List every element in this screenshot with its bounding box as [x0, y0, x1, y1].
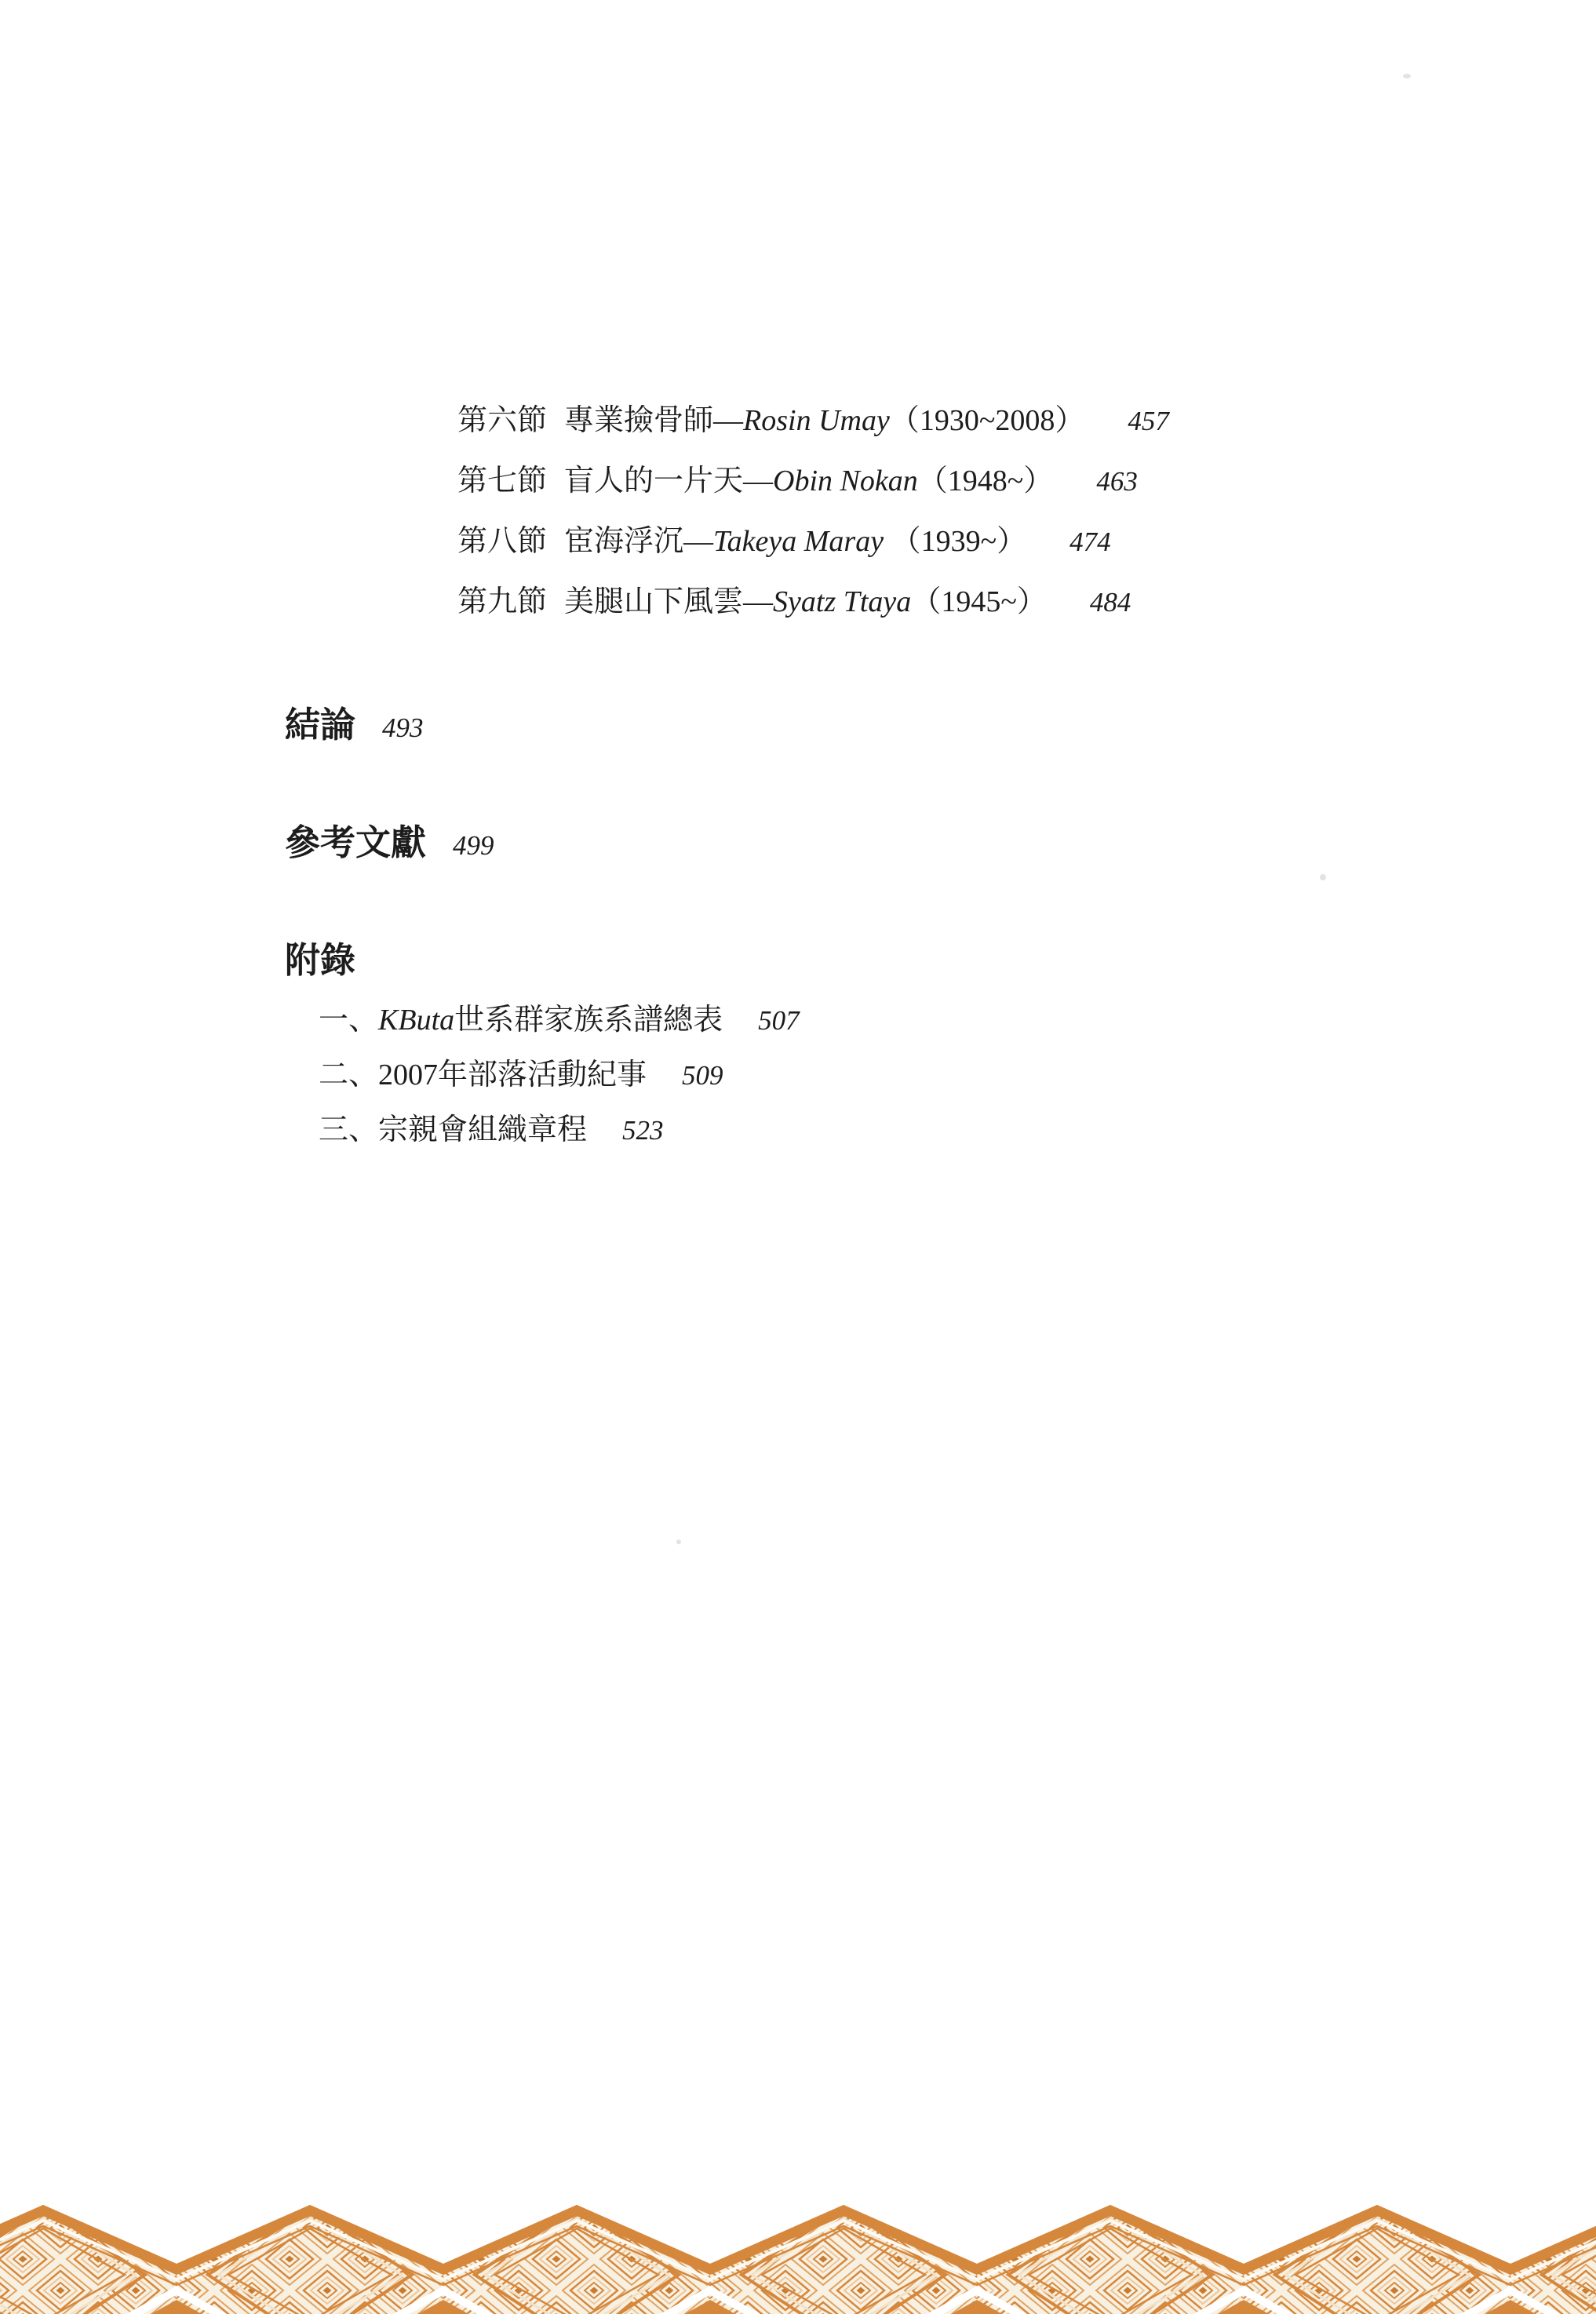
- book-page: 第六節專業撿骨師—Rosin Umay（1930~2008）457 第七節盲人的…: [0, 0, 1596, 2314]
- scan-speck: [676, 1540, 681, 1544]
- item-title: 宗親會組織章程: [378, 1113, 587, 1146]
- scan-speck: [1320, 874, 1326, 880]
- scan-speck: [1403, 74, 1411, 78]
- toc-entry-section-9: 第九節美腿山下風雲—Syatz Ttaya（1945~）484: [428, 548, 1131, 657]
- page-number: 509: [682, 1060, 723, 1091]
- item-prefix: 三、: [319, 1113, 378, 1146]
- page-number: 507: [758, 1005, 800, 1036]
- decorative-border: [0, 2165, 1596, 2314]
- toc-entry-appendix-3: 三、宗親會組織章程523: [289, 1076, 664, 1185]
- section-label: 第九節: [457, 585, 547, 618]
- woven-diamond-border-pattern: [0, 2165, 1596, 2314]
- page-number: 523: [622, 1115, 664, 1146]
- page-number: 499: [453, 830, 494, 861]
- section-years: （1945~）: [911, 585, 1047, 618]
- page-number: 484: [1090, 587, 1131, 618]
- toc-entry-conclusion: 結論493: [250, 664, 424, 789]
- references-label: 參考文獻: [285, 823, 426, 862]
- conclusion-label: 結論: [285, 705, 355, 745]
- section-title: 美腿山下風雲—: [564, 585, 773, 618]
- page-number: 493: [382, 712, 424, 743]
- person-name: Syatz Ttaya: [773, 585, 911, 618]
- toc-entry-references: 參考文獻499: [250, 782, 494, 907]
